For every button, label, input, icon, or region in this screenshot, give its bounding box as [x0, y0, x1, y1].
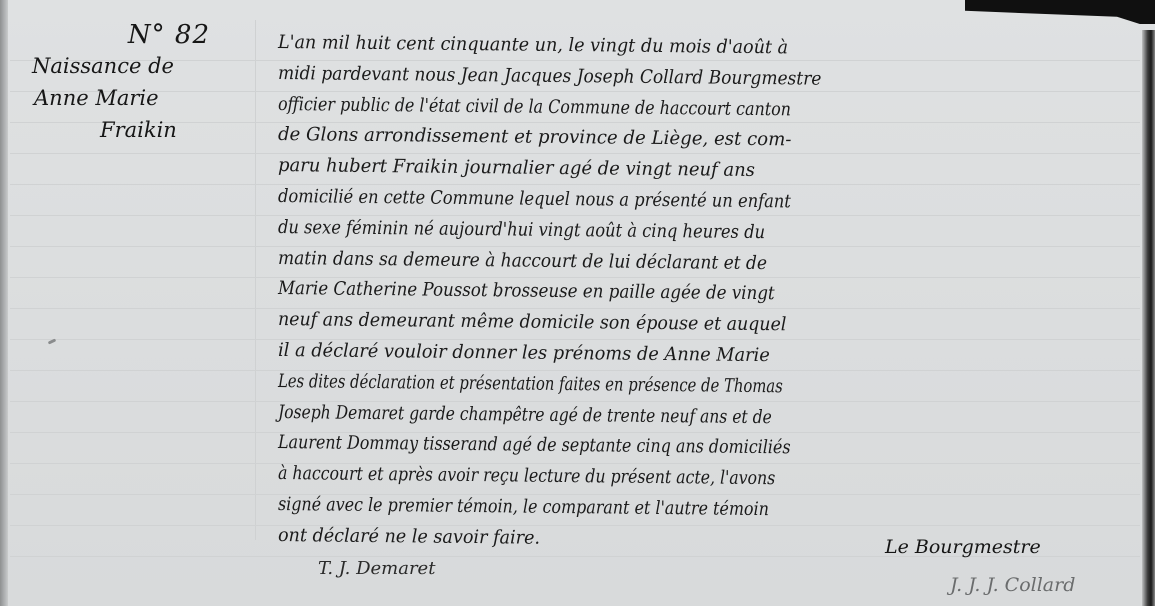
witness-signature: T. J. Demaret: [318, 558, 435, 579]
margin-title-line: Fraikin: [20, 114, 250, 146]
register-page: N° 82 Naissance de Anne Marie Fraikin L'…: [0, 0, 1155, 606]
margin-note: N° 82 Naissance de Anne Marie Fraikin: [20, 20, 250, 146]
entry-number: N° 82: [20, 20, 250, 50]
mayor-signature: J. J. J. Collard: [950, 574, 1075, 596]
book-binding: [1142, 30, 1155, 606]
margin-title-line: Naissance de: [20, 50, 250, 82]
mayor-title: Le Bourgmestre: [885, 536, 1041, 558]
margin-rule: [255, 20, 256, 540]
page-left-edge: [0, 0, 8, 606]
entry-body: L'an mil huit cent cinquante un, le ving…: [278, 28, 1140, 552]
page-corner-shadow: [965, 0, 1155, 24]
margin-title-line: Anne Marie: [20, 82, 250, 114]
